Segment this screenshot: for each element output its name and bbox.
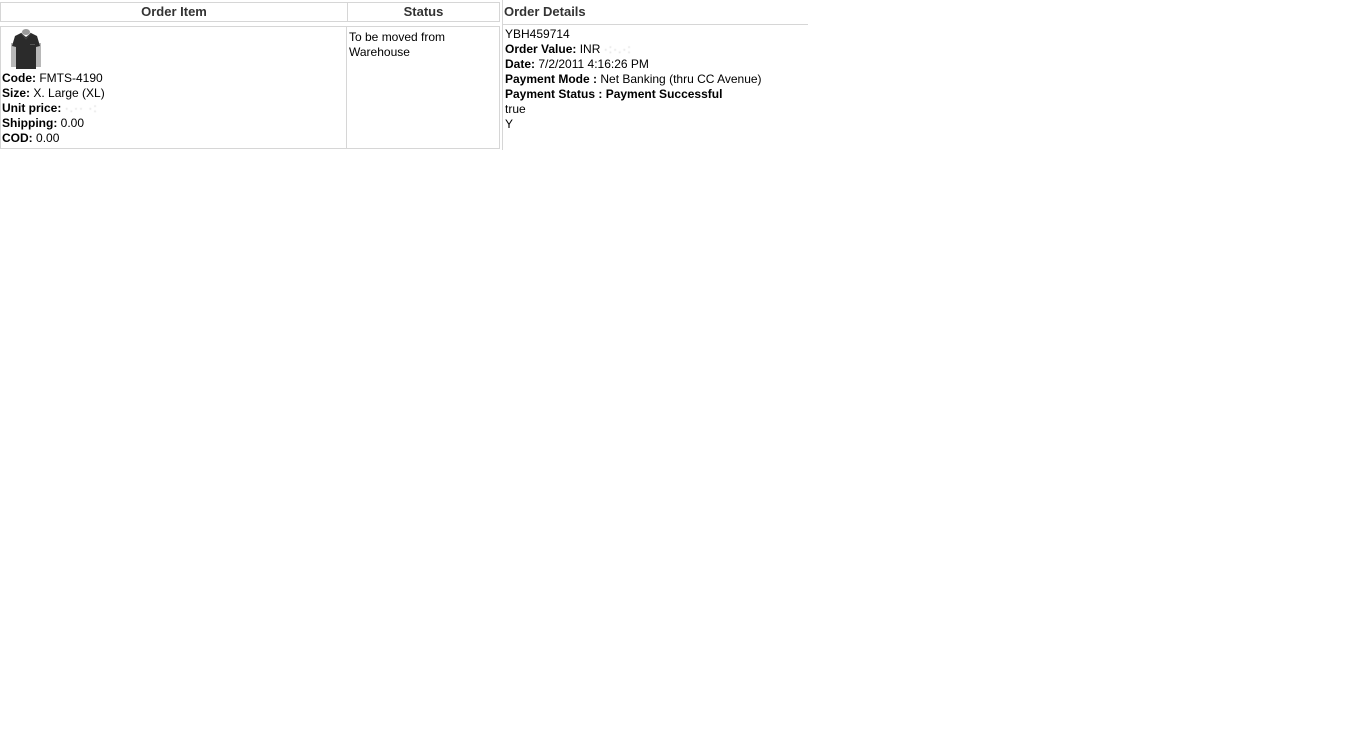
item-size-label: Size:: [2, 86, 30, 100]
payment-status-label: Payment Status :: [505, 87, 602, 101]
order-value-amount: ·:·.·:: [604, 42, 632, 57]
details-header-underline: [502, 24, 808, 25]
order-date: Date: 7/2/2011 4:16:26 PM: [505, 57, 762, 72]
order-value-label: Order Value:: [505, 42, 576, 56]
order-flag-true: true: [505, 102, 762, 117]
item-size-value: X. Large (XL): [33, 86, 104, 100]
item-unit-price-label: Unit price:: [2, 101, 61, 115]
payment-mode-value: Net Banking (thru CC Avenue): [600, 72, 761, 86]
item-shipping: Shipping: 0.00: [2, 116, 345, 131]
order-items-header-row: Order Item Status: [0, 2, 500, 22]
order-date-label: Date:: [505, 57, 535, 71]
order-details-panel: YBH459714 Order Value: INR ·:·.·: Date: …: [505, 27, 762, 132]
tshirt-icon[interactable]: [6, 29, 46, 71]
item-size: Size: X. Large (XL): [2, 86, 345, 101]
item-cod-label: COD:: [2, 131, 33, 145]
item-cod: COD: 0.00: [2, 131, 345, 146]
order-item-cell: Code: FMTS-4190 Size: X. Large (XL) Unit…: [1, 27, 347, 148]
payment-mode: Payment Mode : Net Banking (thru CC Aven…: [505, 72, 762, 87]
order-id: YBH459714: [505, 27, 762, 42]
order-item-row: Code: FMTS-4190 Size: X. Large (XL) Unit…: [0, 26, 500, 149]
order-flag-y: Y: [505, 117, 762, 132]
header-order-details: Order Details: [504, 3, 586, 21]
details-divider: [502, 0, 503, 150]
item-unit-price-value: ·.·· ·:: [65, 101, 98, 116]
order-status-text: To be moved from Warehouse: [349, 30, 445, 59]
payment-status-value: Payment Successful: [606, 87, 723, 101]
item-cod-value: 0.00: [36, 131, 59, 145]
header-order-item: Order Item: [1, 3, 348, 21]
payment-mode-label: Payment Mode :: [505, 72, 597, 86]
item-code-value: FMTS-4190: [39, 71, 102, 85]
item-shipping-label: Shipping:: [2, 116, 57, 130]
header-status: Status: [348, 3, 499, 21]
order-value-currency: INR: [580, 42, 601, 56]
order-page: Order Item Status Code: FMTS-4190: [0, 0, 1369, 748]
item-shipping-value: 0.00: [61, 116, 84, 130]
item-code: Code: FMTS-4190: [2, 71, 345, 86]
item-unit-price: Unit price: ·.·· ·:: [2, 101, 345, 116]
order-status-cell: To be moved from Warehouse: [348, 27, 499, 148]
order-value: Order Value: INR ·:·.·:: [505, 42, 762, 57]
item-code-label: Code:: [2, 71, 36, 85]
order-date-value: 7/2/2011 4:16:26 PM: [538, 57, 649, 71]
payment-status: Payment Status : Payment Successful: [505, 87, 762, 102]
